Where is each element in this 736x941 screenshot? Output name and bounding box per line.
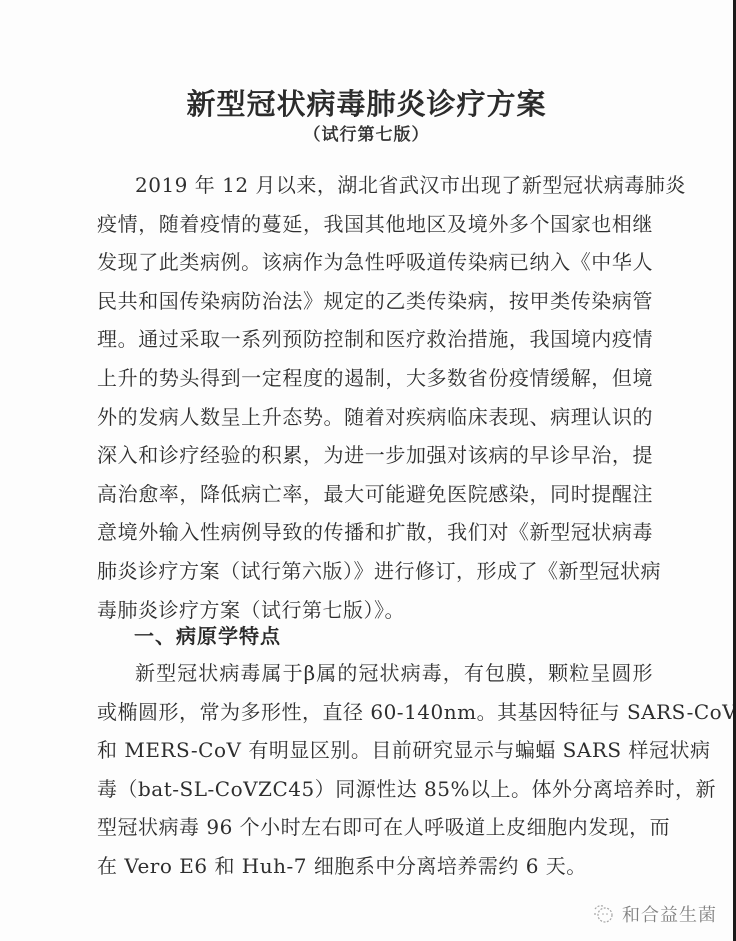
text-line: 新型冠状病毒属于β属的冠状病毒，有包膜，颗粒呈圆形 [97, 654, 653, 693]
intro-paragraph: 2019 年 12 月以来，湖北省武汉市出现了新型冠状病毒肺炎 疫情，随着疫情的… [97, 166, 653, 629]
text-line: 理。通过采取一系列预防控制和医疗救治措施，我国境内疫情 [97, 320, 653, 359]
text-line: 高治愈率，降低病亡率，最大可能避免医院感染，同时提醒注 [97, 475, 653, 514]
document-title: 新型冠状病毒肺炎诊疗方案 [0, 82, 733, 123]
text-line: 上升的势头得到一定程度的遏制，大多数省份疫情缓解，但境 [97, 359, 653, 398]
text-line: 意境外输入性病例导致的传播和扩散，我们对《新型冠状病毒 [97, 513, 653, 552]
watermark-text: 和合益生菌 [622, 901, 717, 927]
text-line: 发现了此类病例。该病作为急性呼吸道传染病已纳入《中华人 [97, 243, 653, 282]
document-subtitle: （试行第七版） [0, 120, 733, 145]
text-line: 民共和国传染病防治法》规定的乙类传染病，按甲类传染病管 [97, 282, 653, 321]
text-line: 外的发病人数呈上升态势。随着对疾病临床表现、病理认识的 [97, 398, 653, 437]
section-heading-etiology: 一、病原学特点 [134, 620, 281, 649]
text-line: 深入和诊疗经验的积累，为进一步加强对该病的早诊早治，提 [97, 436, 653, 475]
text-line: 和 MERS-CoV 有明显区别。目前研究显示与蝙蝠 SARS 样冠状病 [97, 731, 653, 770]
watermark: 和合益生菌 [592, 901, 717, 927]
text-line: 毒（bat-SL-CoVZC45）同源性达 85%以上。体外分离培养时，新 [97, 770, 653, 809]
text-line: 在 Vero E6 和 Huh-7 细胞系中分离培养需约 6 天。 [97, 847, 653, 886]
text-line: 疫情，随着疫情的蔓延，我国其他地区及境外多个国家也相继 [97, 205, 653, 244]
text-line: 型冠状病毒 96 个小时左右即可在人呼吸道上皮细胞内发现，而 [97, 808, 653, 847]
etiology-paragraph: 新型冠状病毒属于β属的冠状病毒，有包膜，颗粒呈圆形 或椭圆形，常为多形性，直径 … [97, 654, 653, 886]
wechat-official-account-icon [592, 903, 616, 925]
text-line: 2019 年 12 月以来，湖北省武汉市出现了新型冠状病毒肺炎 [97, 166, 653, 205]
text-line: 或椭圆形，常为多形性，直径 60-140nm。其基因特征与 SARS-CoV [97, 693, 653, 732]
text-line: 肺炎诊疗方案（试行第六版）》进行修订，形成了《新型冠状病 [97, 552, 653, 591]
scanned-document-page: 新型冠状病毒肺炎诊疗方案 （试行第七版） 2019 年 12 月以来，湖北省武汉… [0, 0, 733, 941]
